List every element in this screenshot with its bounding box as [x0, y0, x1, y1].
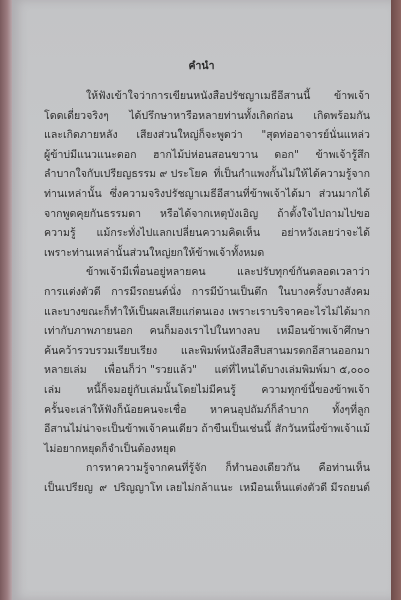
text-phrase: เพราะเราบริจาคอะไรไม่ได้มาก [228, 303, 370, 323]
text-phrase: การหาความรู้จากคนที่รู้จัก [86, 459, 207, 479]
text-phrase: เหมือนเห็นแต่งตัวดี มีรถยนต์ [240, 479, 370, 499]
text-phrase: เป็นเปรียญ [44, 479, 93, 499]
text-line: การหาความรู้จากคนที่รู้จักก็ทำนองเดียวกั… [44, 459, 370, 479]
text-phrase: ซึ่งความจริงปรัชญาเมธีอีสานที่ข้าพเจ้าได… [110, 185, 311, 205]
text-phrase: เล่ม [44, 381, 61, 401]
text-line: และเกิดภายหลังเสียงส่วนใหญ่ก็จะพูดว่า"สุ… [44, 126, 370, 146]
text-line: ข้าพเจ้ามีเพื่อนอยู่หลายคนและปรับทุกข์กั… [44, 263, 370, 283]
text-phrase: และเกิดภายหลัง [44, 126, 118, 146]
text-line: หลายเล่มเพื่อนก็ว่า "รวยแล้ว"แต่ที่ไหนได… [44, 361, 370, 381]
text-phrase: ก็ทำนองเดียวกัน [225, 459, 299, 479]
text-line: ค้นคว้ารวบรวมเรียบเรียงและพิมพ์หนังสือสื… [44, 342, 370, 362]
text-phrase: ค้นคว้ารวบรวมเรียบเรียง [44, 342, 157, 362]
text-phrase: ปริญญาโท เลยไม่กล้าแนะ [113, 479, 233, 499]
text-line: ให้ฟังเข้าใจว่าการเขียนหนังสือปรัชญาเมธี… [44, 87, 370, 107]
text-phrase: ความทุกข์นี้ของข้าพเจ้า [261, 381, 370, 401]
text-line: การแต่งตัวดีการมีรถยนต์นั่งการมีบ้านเป็น… [44, 283, 370, 303]
text-line: เพราะท่านเหล่านั้นส่วนใหญ่ยกให้ข้าพเจ้าท… [44, 244, 370, 264]
page-title: คำนำ [12, 57, 391, 74]
text-phrase: แต่ที่ไหนได้บางเล่มพิมพ์มา ๕,๐๐๐ [215, 361, 370, 381]
text-phrase: คือท่านเห็น [319, 459, 370, 479]
text-phrase: ข้าพเจ้า [334, 87, 370, 107]
text-line: เป็นเปรียญ๙ปริญญาโท เลยไม่กล้าแนะเหมือนเ… [44, 479, 370, 499]
book-cover-edge [391, 0, 401, 600]
text-phrase: เท่ากับภาพภายนอก [44, 322, 133, 342]
text-phrase: เพื่อนก็ว่า "รวยแล้ว" [104, 361, 197, 381]
text-line: โดดเดี่ยวจริงๆได้ปรึกษาหารือหลายท่านทั้ง… [44, 107, 370, 127]
text-line: ครั้นจะเล่าให้ฟังก็น้อยคนจะเชื่อหาคนอุปถ… [44, 401, 370, 421]
text-phrase: การมีรถยนต์นั่ง [111, 283, 181, 303]
text-phrase: หนี้ก็จมอยู่กับเล่มนั้นโดยไม่มีคนรู้ [87, 381, 236, 401]
text-phrase: หาคนอุปถัมภ์ก็ลำบาก [210, 401, 309, 421]
text-phrase: ส่วนมากได้ [319, 185, 370, 205]
text-phrase: การแต่งตัวดี [44, 283, 101, 303]
text-line: อีสานไม่น่าจะเป็นข้าพเจ้าคนเดียว ถ้าขืนเ… [44, 420, 370, 440]
text-phrase: ดอก" [274, 146, 299, 166]
text-line: และบางขณะก็ทำให้เป็นผลเสียแก่ตนเองเพราะเ… [44, 303, 370, 323]
text-phrase: และบางขณะก็ทำให้เป็นผลเสียแก่ตนเอง [44, 303, 224, 323]
text-phrase: ข้าพเจ้ามีเพื่อนอยู่หลายคน [86, 263, 206, 283]
text-phrase: ข้าพเจ้ารู้สึก [315, 146, 370, 166]
book-spine-edge [0, 0, 12, 600]
text-phrase: ได้ปรึกษาหารือหลายท่านทั้งเกิดก่อน [129, 107, 293, 127]
text-phrase: อีสานไม่น่าจะเป็นข้าพเจ้าคนเดียว ถ้าขืนเ… [44, 420, 271, 440]
text-phrase: "สุดท่ออาจารย์นั่นแหล่ว [261, 126, 370, 146]
text-phrase: ที่เป็นกำแพงกั้นไม่ให้ได้ความรู้จาก [214, 165, 370, 185]
text-phrase: เสียงส่วนใหญ่ก็จะพูดว่า [136, 126, 242, 146]
text-phrase: แม้กระทั่งไปแลกเปลี่ยนความคิดเห็น [97, 224, 261, 244]
text-phrase: ไม่อยากหยุดก็จำเป็นต้องหยุด [44, 440, 176, 460]
book-page: คำนำ ให้ฟังเข้าใจว่าการเขียนหนังสือปรัชญ… [12, 0, 391, 600]
text-line: เล่มหนี้ก็จมอยู่กับเล่มนั้นโดยไม่มีคนรู้… [44, 381, 370, 401]
text-phrase: ผู้ข้าบ่มีแนวแนะดอก [44, 146, 137, 166]
text-phrase: และพิมพ์หนังสือสืบสานมรดกอีสานออกมา [181, 342, 370, 362]
text-phrase: คนก็มองเราไปในทางลบ [150, 322, 260, 342]
text-phrase: การมีบ้านเป็นตึก [192, 283, 268, 303]
text-phrase: เพราะท่านเหล่านั้นส่วนใหญ่ยกให้ข้าพเจ้าท… [44, 244, 264, 264]
text-phrase: หลายเล่ม [44, 361, 87, 381]
text-phrase: ลำบากใจกับเปรียญธรรม ๙ ประโยค [44, 165, 208, 185]
text-phrase: หรือได้จากเหตุบังเอิญ [160, 205, 258, 225]
text-line: เท่ากับภาพภายนอกคนก็มองเราไปในทางลบเหมือ… [44, 322, 370, 342]
text-line: ลำบากใจกับเปรียญธรรม ๙ ประโยคที่เป็นกำแพ… [44, 165, 370, 185]
text-phrase: ท่านเหล่านั้น [44, 185, 102, 205]
text-phrase: โดดเดี่ยวจริงๆ [44, 107, 109, 127]
text-phrase: ความรู้ [44, 224, 76, 244]
text-phrase: ให้ฟังเข้าใจว่าการเขียนหนังสือปรัชญาเมธี… [86, 87, 310, 107]
text-line: ไม่อยากหยุดก็จำเป็นต้องหยุด [44, 440, 370, 460]
text-line: ผู้ข้าบ่มีแนวแนะดอกฮากไม้บ่ห่อนสอนขวานดอ… [44, 146, 370, 166]
text-phrase: สักวันหนึ่งข้าพเจ้าแม้ [275, 420, 370, 440]
text-phrase: อย่าหวังเลยว่าจะได้ [281, 224, 370, 244]
text-phrase: ทั้งๆที่ลูก [332, 401, 370, 421]
text-line: ท่านเหล่านั้นซึ่งความจริงปรัชญาเมธีอีสาน… [44, 185, 370, 205]
text-phrase: ฮากไม้บ่ห่อนสอนขวาน [153, 146, 258, 166]
text-phrase: เกิดพร้อมกัน [313, 107, 370, 127]
text-phrase: ครั้นจะเล่าให้ฟังก็น้อยคนจะเชื่อ [44, 401, 186, 421]
text-phrase: ถ้าตั้งใจไปถามไปขอ [277, 205, 370, 225]
text-line: จากพูดคุยกันธรรมดาหรือได้จากเหตุบังเอิญถ… [44, 205, 370, 225]
text-phrase: ๙ [99, 479, 107, 499]
text-line: ความรู้แม้กระทั่งไปแลกเปลี่ยนความคิดเห็น… [44, 224, 370, 244]
text-phrase: จากพูดคุยกันธรรมดา [44, 205, 141, 225]
text-phrase: ในบางครั้งบางสังคม [278, 283, 370, 303]
body-text: ให้ฟังเข้าใจว่าการเขียนหนังสือปรัชญาเมธี… [44, 87, 370, 498]
text-phrase: เหมือนข้าพเจ้าศึกษา [277, 322, 370, 342]
text-phrase: และปรับทุกข์กันตลอดเวลาว่า [237, 263, 370, 283]
